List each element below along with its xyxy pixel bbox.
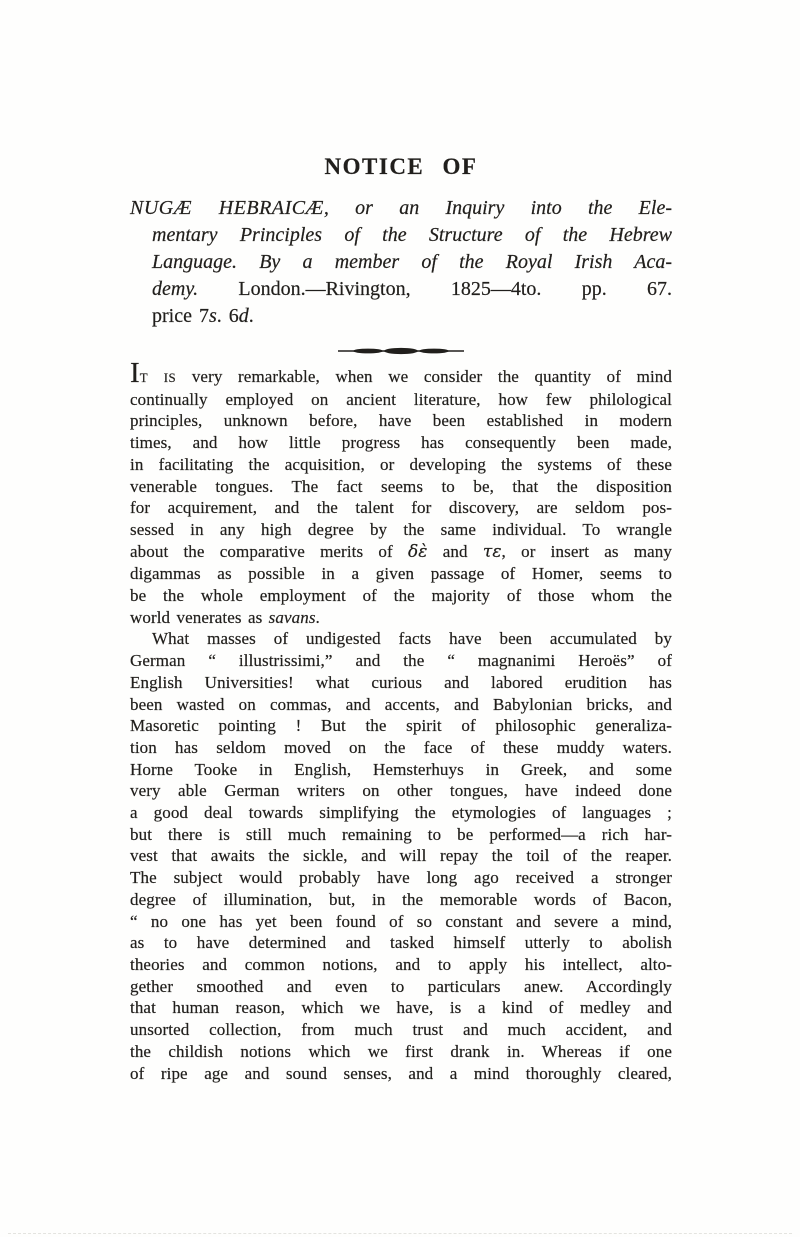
text-line: The subject would probably have long ago… xyxy=(130,867,672,889)
page-title: NOTICE OF xyxy=(130,153,672,181)
text-line: the childish notions which we first dran… xyxy=(130,1041,672,1063)
swelled-rule-icon xyxy=(336,346,466,356)
text-line: in facilitating the acquisition, or deve… xyxy=(130,454,672,476)
text-line: IT IS very remarkable, when we consider … xyxy=(130,366,672,389)
document-page: NOTICE OF NUGÆ HEBRAICÆ, or an Inquiry i… xyxy=(0,0,800,1237)
text-line: Masoretic pointing ! But the spirit of p… xyxy=(130,715,672,737)
text-line: of ripe age and sound senses, and a mind… xyxy=(130,1063,672,1085)
text-line: tion has seldom moved on the face of the… xyxy=(130,737,672,759)
text-line: about the comparative merits of δὲ and τ… xyxy=(130,541,672,564)
text-line: price 7s. 6d. xyxy=(130,303,672,330)
text-line: digammas as possible in a given passage … xyxy=(130,563,672,585)
article-body: IT IS very remarkable, when we consider … xyxy=(130,366,672,1084)
text-line: mentary Principles of the Structure of t… xyxy=(130,222,672,249)
text-line: but there is still much remaining to be … xyxy=(130,824,672,846)
body-paragraph: IT IS very remarkable, when we consider … xyxy=(130,366,672,628)
book-citation: NUGÆ HEBRAICÆ, or an Inquiry into the El… xyxy=(130,195,672,330)
text-line: degree of illumination, but, in the memo… xyxy=(130,889,672,911)
text-line: German “ illustrissimi,” and the “ magna… xyxy=(130,650,672,672)
text-line: sessed in any high degree by the same in… xyxy=(130,519,672,541)
text-line: world venerates as savans. xyxy=(130,607,672,629)
text-line: gether smoothed and even to particulars … xyxy=(130,976,672,998)
text-line: NUGÆ HEBRAICÆ, or an Inquiry into the El… xyxy=(130,195,672,222)
text-line: unsorted collection, from much trust and… xyxy=(130,1019,672,1041)
text-line: been wasted on commas, and accents, and … xyxy=(130,694,672,716)
text-line: theories and common notions, and to appl… xyxy=(130,954,672,976)
text-line: times, and how little progress has conse… xyxy=(130,432,672,454)
body-paragraph: What masses of undigested facts have bee… xyxy=(130,628,672,1084)
text-line: as to have determined and tasked himself… xyxy=(130,932,672,954)
text-line: “ no one has yet been found of so consta… xyxy=(130,911,672,933)
text-line: for acquirement, and the talent for disc… xyxy=(130,497,672,519)
text-line: demy. London.—Rivington, 1825—4to. pp. 6… xyxy=(130,276,672,303)
text-line: English Universities! what curious and l… xyxy=(130,672,672,694)
text-line: Language. By a member of the Royal Irish… xyxy=(130,249,672,276)
text-line: venerable tongues. The fact seems to be,… xyxy=(130,476,672,498)
text-line: be the whole employment of the majority … xyxy=(130,585,672,607)
text-line: principles, unknown before, have been es… xyxy=(130,410,672,432)
text-line: continually employed on ancient literatu… xyxy=(130,389,672,411)
text-line: vest that awaits the sickle, and will re… xyxy=(130,845,672,867)
text-line: Horne Tooke in English, Hemsterhuys in G… xyxy=(130,759,672,781)
text-line: What masses of undigested facts have bee… xyxy=(130,628,672,650)
text-line: a good deal towards simplifying the etym… xyxy=(130,802,672,824)
text-line: that human reason, which we have, is a k… xyxy=(130,997,672,1019)
text-line: very able German writers on other tongue… xyxy=(130,780,672,802)
